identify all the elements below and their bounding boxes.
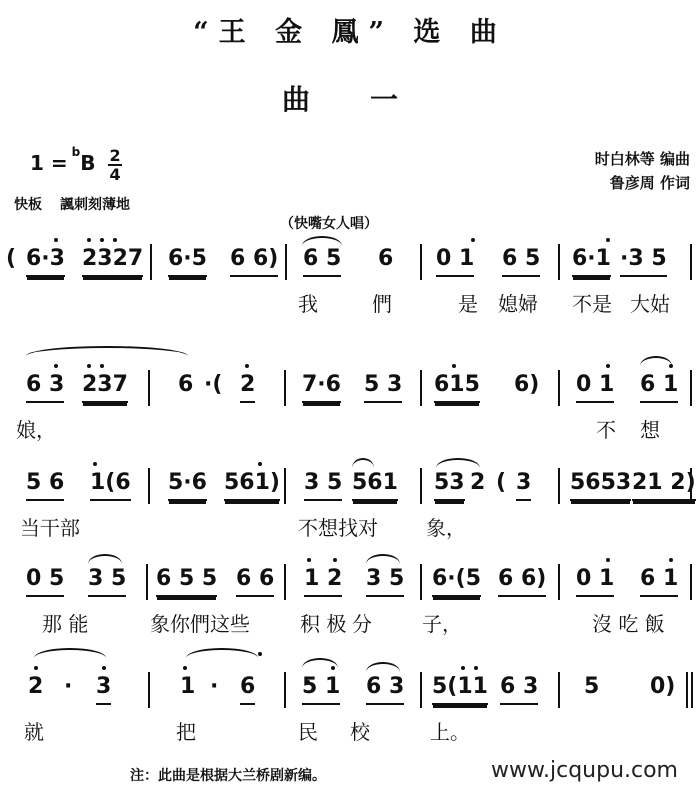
high-dot — [333, 558, 337, 562]
lyric: 們 — [372, 288, 392, 317]
barline — [420, 244, 422, 280]
high-dot — [461, 666, 465, 670]
lyric: 不是 — [572, 288, 612, 317]
score-line-2: 6 3 237 6 ·( 2 7·6 5 3 615 6) 0 1 6 1 娘，… — [0, 370, 700, 460]
paren: ( — [6, 244, 16, 274]
note-group: 237 — [82, 370, 128, 403]
lyric: 大姑 — [630, 288, 670, 317]
note-group: 21 2) — [632, 468, 696, 501]
key-signature: 1 =bB 2 4 — [30, 145, 122, 183]
high-dot — [87, 238, 91, 242]
note: 6 — [378, 244, 393, 274]
note-group: 5·6 — [168, 468, 207, 501]
barline — [420, 468, 422, 504]
note-group: 3 5 — [366, 564, 404, 597]
note-group: 5 6 — [26, 468, 64, 501]
lyric: 分 — [352, 608, 372, 637]
high-dot — [331, 666, 335, 670]
footnote: 注：此曲是根据大兰桥剧新编。 — [130, 765, 326, 785]
note-group: 0 1 — [576, 564, 614, 597]
high-dot — [258, 462, 262, 466]
barline — [690, 564, 692, 600]
note: 6) — [514, 370, 539, 400]
paren: ( — [496, 468, 506, 498]
lyric: 就 — [24, 716, 44, 745]
score-line-3: 5 6 1(6 5·6 561) 3 5 561 53 2 ( 3 5653 2… — [0, 468, 700, 558]
piece-subtitle: 曲一 — [0, 78, 700, 118]
final-barline — [686, 672, 688, 708]
high-dot — [606, 364, 610, 368]
score-line-5: 2 · 3 1 · 6 5 1 6 3 5(11 6 3 5 0) 就 把 民 … — [0, 672, 700, 762]
high-dot — [183, 666, 187, 670]
barline — [148, 468, 150, 504]
slur — [26, 346, 188, 356]
high-dot — [606, 238, 610, 242]
high-dot — [87, 364, 91, 368]
note-group: 6 1 — [640, 370, 678, 403]
high-dot — [452, 364, 456, 368]
expression-label: 諷刺刻薄地 — [60, 197, 130, 213]
note: 2 — [240, 370, 255, 403]
lyric: 校 — [350, 716, 370, 745]
barline — [150, 244, 152, 280]
lyric: 想 — [640, 414, 660, 443]
barline — [558, 564, 560, 600]
note-group: 6 5 — [303, 244, 341, 277]
barline — [690, 468, 692, 504]
barline — [690, 370, 692, 406]
high-dot — [100, 238, 104, 242]
lyric: 当干部 — [20, 512, 80, 541]
barline — [284, 564, 286, 600]
barline — [420, 564, 422, 600]
high-dot — [113, 238, 117, 242]
barline — [558, 672, 560, 708]
time-signature: 2 4 — [108, 147, 121, 183]
high-dot — [606, 558, 610, 562]
barline — [284, 672, 286, 708]
score-line-4: 0 5 3 5 6 5 5 6 6 1 2 3 5 6·(5 6 6) 0 1 … — [0, 564, 700, 654]
lyric: 把 — [176, 716, 196, 745]
note-group: 6·3 — [26, 244, 65, 277]
note: 3 — [516, 468, 531, 501]
barline — [148, 672, 150, 708]
note-group: 6 6) — [230, 244, 278, 277]
high-dot — [669, 558, 673, 562]
note-group: 0 1 — [576, 370, 614, 403]
high-dot — [471, 238, 475, 242]
role-marking: （快嘴女人唱） — [280, 213, 378, 233]
barline — [558, 370, 560, 406]
barline — [148, 370, 150, 406]
note-group: 3 5 — [88, 564, 126, 597]
note: 2 — [28, 672, 43, 702]
high-dot — [54, 238, 58, 242]
barline — [558, 244, 560, 280]
high-dot — [93, 462, 97, 466]
note: 0) — [650, 672, 675, 702]
watermark: www.jcqupu.com — [491, 758, 678, 783]
note-group: 2327 — [82, 244, 143, 277]
note-group: 6·5 — [168, 244, 207, 277]
barline — [558, 468, 560, 504]
lyric: 不想找对 — [298, 512, 378, 541]
note-group: 1(6 — [90, 468, 131, 501]
note: 6 — [178, 370, 193, 400]
note-group: 6·(5 — [432, 564, 481, 597]
slur — [640, 356, 672, 366]
note-group: 5 3 — [364, 370, 402, 403]
note: 1 — [180, 672, 195, 702]
lyric: 象， — [426, 512, 466, 541]
barline — [284, 370, 286, 406]
key-note: B — [80, 151, 95, 175]
score-line-1: ( 6·3 2327 6·5 6 6) 6 5 6 0 1 6 5 6·1 ·3… — [0, 244, 700, 334]
lyric: 那 能 — [42, 608, 88, 637]
note-group: 0 1 — [436, 244, 474, 277]
slur — [366, 662, 400, 672]
note-group: 1 2 — [304, 564, 342, 597]
note-group: 5653 — [570, 468, 631, 501]
lyric: 象你們这些 — [150, 608, 250, 637]
lyric: 是 — [458, 288, 478, 317]
barline — [420, 370, 422, 406]
note: 3 — [96, 672, 111, 705]
tempo-label: 快板 — [14, 197, 42, 213]
time-denominator: 4 — [108, 166, 121, 183]
barline — [690, 244, 692, 280]
lyric: 沒 吃 飯 — [592, 608, 665, 637]
note-group: 561 — [352, 468, 398, 501]
lyric: 积 极 — [300, 608, 346, 637]
high-dot — [34, 666, 38, 670]
lyric: 民 — [298, 716, 318, 745]
note-group: 6·1 — [572, 244, 611, 277]
barline — [285, 244, 287, 280]
dot-extension: · — [210, 672, 218, 702]
note-group: 6 6 — [236, 564, 274, 597]
lyric: 媳婦 — [498, 288, 538, 317]
flat-icon: b — [72, 145, 81, 159]
note-group: 3 5 — [304, 468, 342, 501]
high-dot — [245, 364, 249, 368]
barline — [284, 468, 286, 504]
note-group: 53 — [434, 468, 465, 501]
high-dot — [258, 652, 262, 656]
dot-extension: · — [64, 672, 72, 702]
lyric: 上。 — [430, 716, 470, 745]
lyric: 不 — [596, 414, 616, 443]
note-group: 6 3 — [500, 672, 538, 705]
note: 5 — [584, 672, 599, 702]
note-group: 561) — [224, 468, 280, 501]
note-group: ·3 5 — [620, 244, 667, 277]
note-group: 6 1 — [640, 564, 678, 597]
high-dot — [54, 364, 58, 368]
note-group: 6 6) — [498, 564, 546, 597]
tempo-marking: 快板諷刺刻薄地 — [14, 194, 148, 214]
note-group: 5 1 — [302, 672, 340, 705]
barline — [420, 672, 422, 708]
high-dot — [669, 364, 673, 368]
note: 6 — [240, 672, 255, 705]
note-group: 0 5 — [26, 564, 64, 597]
note-group: 5(11 — [432, 672, 488, 705]
song-title: “王 金 鳳” 选 曲 — [0, 10, 700, 49]
time-numerator: 2 — [108, 147, 121, 166]
note-group: 7·6 — [302, 370, 341, 403]
arranger-credit: 时白林等 编曲 — [595, 148, 690, 169]
note-group: 615 — [434, 370, 480, 403]
high-dot — [307, 558, 311, 562]
high-dot — [100, 364, 104, 368]
note-group: 6 3 — [26, 370, 64, 403]
note: ·( — [204, 370, 222, 400]
note-group: 6 5 5 — [156, 564, 217, 597]
lyric: 我 — [298, 288, 318, 317]
lyric: 娘， — [16, 414, 56, 443]
barline — [146, 564, 148, 600]
note: 2 — [470, 468, 485, 498]
low-dot — [306, 680, 310, 684]
note-group: 6 5 — [502, 244, 540, 277]
lyric: 子， — [422, 608, 462, 637]
high-dot — [102, 666, 106, 670]
key-prefix: 1 = — [30, 151, 68, 175]
note-group: 6 3 — [366, 672, 404, 705]
high-dot — [474, 666, 478, 670]
lyricist-credit: 鲁彦周 作词 — [610, 172, 690, 193]
